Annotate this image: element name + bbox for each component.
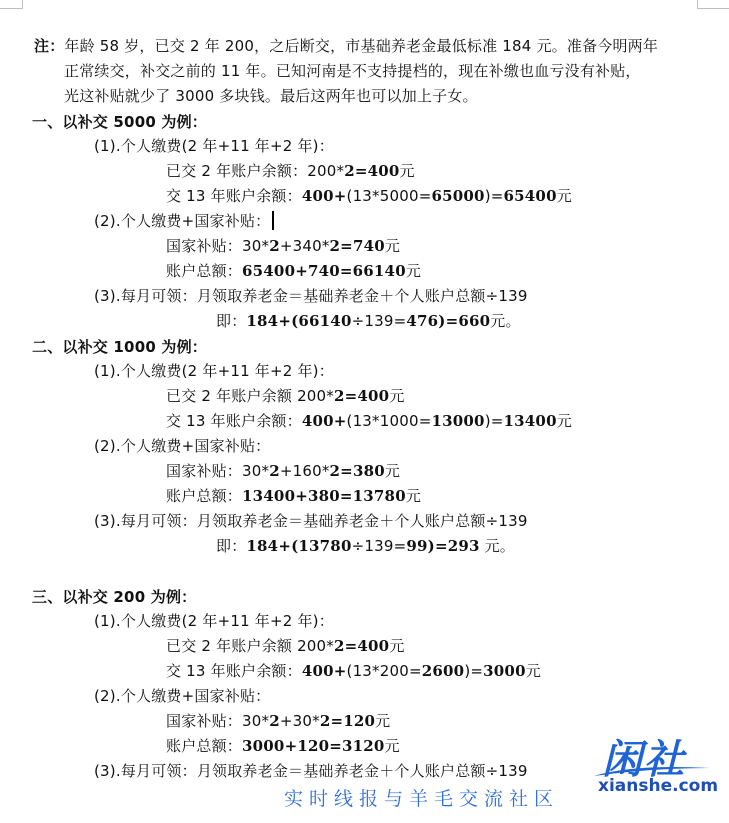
subsidy-d: 2=120 <box>320 712 375 730</box>
paid2-formula-a: 200* <box>307 162 344 180</box>
result-a: 184+ <box>246 312 291 330</box>
section-2-step2-title: (2).个人缴费+国家补贴： <box>94 436 270 456</box>
page-margin-mark-top-left <box>0 0 23 9</box>
subsidy-label: 国家补贴： <box>166 237 242 255</box>
paid2-unit: 元 <box>389 637 404 655</box>
paid2-formula-a: 200* <box>297 387 334 405</box>
result-e: )=660 <box>438 312 490 330</box>
total-label: 账户总额： <box>166 262 242 280</box>
result-label: 即： <box>216 312 246 330</box>
watermark-slogan: 实时线报与羊毛交流社区 <box>284 784 559 811</box>
section-1-step1-title: (1).个人缴费(2 年+11 年+2 年)： <box>94 136 334 156</box>
note-line-2: 正常续交，补交之前的 11 年。已知河南是不支持提档的，现在补缴也血亏没有补贴， <box>64 61 641 81</box>
subsidy-c: +340* <box>280 237 330 255</box>
result-b: (66140 <box>291 312 351 330</box>
result-d: 476 <box>406 312 438 330</box>
total-unit: 元 <box>406 487 421 505</box>
total-value: 65400+740=66140 <box>242 262 406 280</box>
paid2-unit: 元 <box>389 387 404 405</box>
paid13-d: )= <box>464 662 483 680</box>
subsidy-b: 2 <box>269 462 280 480</box>
paid13-b: (13*5000= <box>347 187 432 205</box>
paid13-d: )= <box>485 187 504 205</box>
section-3-paid13: 交 13 年账户余额：400+(13*200=2600)=3000元 <box>166 661 541 681</box>
subsidy-b: 2 <box>269 712 280 730</box>
section-3-paid2: 已交 2 年账户余额 200*2=400元 <box>166 636 405 656</box>
total-value: 13400+380=13780 <box>242 487 406 505</box>
subsidy-c: +30* <box>280 712 320 730</box>
section-3-step1-title: (1).个人缴费(2 年+11 年+2 年)： <box>94 611 334 631</box>
paid13-b: (13*200= <box>347 662 422 680</box>
section-2-subsidy: 国家补贴：30*2+160*2=380元 <box>166 461 400 481</box>
paid2-formula-b: 2=400 <box>344 162 399 180</box>
paid13-e: 65400 <box>504 187 557 205</box>
paid2-formula-b: 2=400 <box>334 387 389 405</box>
section-2-heading: 二、以补交 1000 为例： <box>32 337 207 357</box>
paid2-formula-a: 200* <box>297 637 334 655</box>
page-margin-mark-top-right <box>697 0 729 9</box>
subsidy-d: 2=380 <box>330 462 385 480</box>
section-1-heading: 一、以补交 5000 为例： <box>32 112 207 132</box>
section-2-step1-title: (1).个人缴费(2 年+11 年+2 年)： <box>94 361 334 381</box>
section-1-subsidy: 国家补贴：30*2+340*2=740元 <box>166 236 400 256</box>
result-a: 184+ <box>246 537 291 555</box>
result-label: 即： <box>216 537 246 555</box>
subsidy-label: 国家补贴： <box>166 712 242 730</box>
subsidy-unit: 元 <box>375 712 390 730</box>
section-1-result: 即：184+(66140÷139=476)=660元。 <box>216 311 521 331</box>
section-3-total: 账户总额：3000+120=3120元 <box>166 736 400 756</box>
total-label: 账户总额： <box>166 487 242 505</box>
section-1-paid13: 交 13 年账户余额：400+(13*5000=65000)=65400元 <box>166 186 572 206</box>
subsidy-a: 30* <box>242 712 269 730</box>
section-3-step3-title: (3).每月可领：月领取养老金＝基础养老金＋个人账户总额÷139 <box>94 761 528 781</box>
paid13-label: 交 13 年账户余额： <box>166 412 302 430</box>
section-2-result: 即：184+(13780÷139=99)=293 元。 <box>216 536 515 556</box>
section-2-paid2: 已交 2 年账户余额 200*2=400元 <box>166 386 405 406</box>
total-value: 3000+120=3120 <box>242 737 385 755</box>
paid13-c: 2600 <box>422 662 465 680</box>
paid13-label: 交 13 年账户余额： <box>166 662 302 680</box>
paid2-label: 已交 2 年账户余额 <box>166 637 297 655</box>
total-unit: 元 <box>385 737 400 755</box>
total-label: 账户总额： <box>166 737 242 755</box>
section-2-step3-title: (3).每月可领：月领取养老金＝基础养老金＋个人账户总额÷139 <box>94 511 528 531</box>
subsidy-unit: 元 <box>385 462 400 480</box>
total-unit: 元 <box>406 262 421 280</box>
result-unit: 元。 <box>480 537 515 555</box>
section-1-step3-title: (3).每月可领：月领取养老金＝基础养老金＋个人账户总额÷139 <box>94 286 528 306</box>
paid13-b: (13*1000= <box>347 412 432 430</box>
section-1-step2-title: (2).个人缴费+国家补贴： <box>94 211 274 231</box>
section-3-step2-title: (2).个人缴费+国家补贴： <box>94 686 270 706</box>
result-c: ÷139= <box>352 312 407 330</box>
paid13-label: 交 13 年账户余额： <box>166 187 302 205</box>
section-1-paid2: 已交 2 年账户余额：200*2=400元 <box>166 161 415 181</box>
paid2-unit: 元 <box>400 162 415 180</box>
section-1-total: 账户总额：65400+740=66140元 <box>166 261 421 281</box>
note-text-1: 年龄 58 岁，已交 2 年 200，之后断交，市基础养老金最低标准 184 元… <box>64 37 658 55</box>
subsidy-label: 国家补贴： <box>166 462 242 480</box>
section-2-total: 账户总额：13400+380=13780元 <box>166 486 421 506</box>
step2-title-text: (2).个人缴费+国家补贴： <box>94 212 270 230</box>
paid2-formula-b: 2=400 <box>334 637 389 655</box>
note-line-3: 光这补贴就少了 3000 多块钱。最后这两年也可以加上子女。 <box>64 86 478 106</box>
paid13-e: 3000 <box>483 662 526 680</box>
section-3-subsidy: 国家补贴：30*2+30*2=120元 <box>166 711 390 731</box>
logo-english-text: xianshe.com <box>598 776 718 796</box>
paid13-unit: 元 <box>557 187 572 205</box>
subsidy-a: 30* <box>242 237 269 255</box>
paid13-unit: 元 <box>526 662 541 680</box>
paid13-a: 400+ <box>302 412 347 430</box>
result-c: ÷139= <box>352 537 407 555</box>
paid2-label: 已交 2 年账户余额 <box>166 387 297 405</box>
paid13-unit: 元 <box>557 412 572 430</box>
paid13-e: 13400 <box>504 412 557 430</box>
subsidy-unit: 元 <box>385 237 400 255</box>
paid13-d: )= <box>485 412 504 430</box>
result-d: 99 <box>406 537 427 555</box>
text-cursor <box>272 211 274 230</box>
note-line-1: 注：年龄 58 岁，已交 2 年 200，之后断交，市基础养老金最低标准 184… <box>34 36 658 56</box>
paid13-a: 400+ <box>302 187 347 205</box>
subsidy-b: 2 <box>269 237 280 255</box>
xianshe-logo: 闲社 xianshe.com <box>592 728 722 798</box>
result-b: (13780 <box>291 537 351 555</box>
note-label: 注： <box>34 37 64 55</box>
paid2-label: 已交 2 年账户余额： <box>166 162 307 180</box>
section-3-heading: 三、以补交 200 为例： <box>32 587 196 607</box>
result-e: )=293 <box>428 537 480 555</box>
paid13-c: 65000 <box>432 187 485 205</box>
paid13-a: 400+ <box>302 662 347 680</box>
subsidy-a: 30* <box>242 462 269 480</box>
paid13-c: 13000 <box>432 412 485 430</box>
subsidy-d: 2=740 <box>330 237 385 255</box>
result-unit: 元。 <box>490 312 520 330</box>
section-2-paid13: 交 13 年账户余额：400+(13*1000=13000)=13400元 <box>166 411 572 431</box>
subsidy-c: +160* <box>280 462 330 480</box>
